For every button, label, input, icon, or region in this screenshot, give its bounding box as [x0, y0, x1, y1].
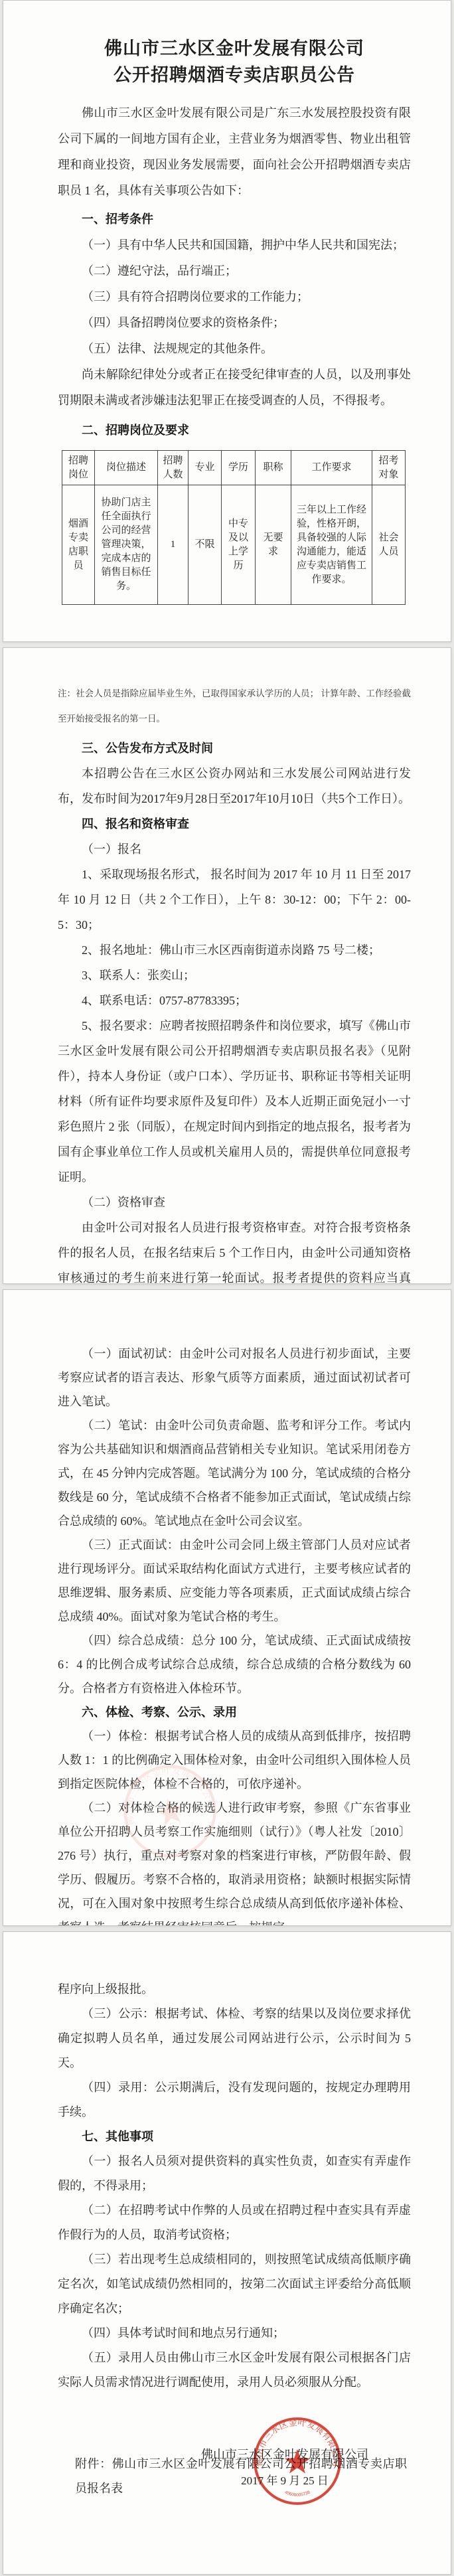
- col-header-major: 专业: [189, 451, 222, 485]
- section1-item: （一）具有中华人民共和国国籍，拥护中华人民共和国宪法；: [58, 232, 411, 258]
- document-page-3: 佛山市三水区金叶发展有限公司 （一）面试初试：由金叶公司对报名人员进行初步面试，…: [3, 1289, 451, 1926]
- section3-heading: 三、公告发布方式及时间: [58, 736, 411, 761]
- document-page-1: 佛山市三水区金叶发展有限公司 公开招聘烟酒专卖店职员公告 佛山市三水区金叶发展有…: [3, 0, 451, 642]
- section5-item: （四）综合总成绩：总分 100 分，笔试成绩、正式面试成绩按 6：4 的比例合成…: [58, 1629, 411, 1700]
- col-header-headcount: 招聘人数: [158, 451, 189, 485]
- section7-item: （五）录用人员由佛山市三水区金叶发展有限公司根据各门店实际人员需求情况进行调配使…: [58, 2346, 411, 2395]
- document-title-line1: 佛山市三水区金叶发展有限公司: [58, 35, 411, 62]
- section6-item3: （三）公示：根据考试、体检、考察的结果以及岗位要求择优确定拟聘人员名单，通过发展…: [58, 2002, 411, 2075]
- section4-sub1: （一）报名: [58, 837, 411, 862]
- section2-heading: 二、招聘岗位及要求: [58, 418, 411, 443]
- section4-item: 4、联系电话：0757-87783395；: [58, 988, 411, 1013]
- section1-heading: 一、招考条件: [58, 206, 411, 232]
- section4-sub2: （二）资格审查: [58, 1190, 411, 1215]
- section6-item4: （四）录用：公示期满后，没有发现问题的，按规定办理聘用手续。: [58, 2075, 411, 2125]
- cell-requirements: 三年以上工作经验，性格开朗，具备较强的人际沟通能力，能适应专卖店销售工作要求。: [291, 485, 372, 605]
- section1-item: （五）法律、法规规定的其他条件。: [58, 336, 411, 362]
- table-header-row: 招聘岗位 岗位描述 招聘人数 专业 学历 职称 工作要求 招考对象: [62, 451, 406, 485]
- svg-text:40600005738: 40600005738: [284, 2490, 311, 2498]
- col-header-position: 招聘岗位: [62, 451, 95, 485]
- section6-item2-part2: 程序向上级报批。: [58, 1977, 411, 2002]
- section4-item: 5、报名要求：应聘者按照招聘条件和岗位要求，填写《佛山市三水区金叶发展有限公司公…: [58, 1013, 411, 1190]
- document-page-2: 注：社会人员是指除应届毕业生外，已取得国家承认学历的人员； 计算年龄、工作经验截…: [3, 647, 451, 1284]
- section7-item: （二）在招聘考试中作弊的人员或在招聘过程中查实具有弄虚作假行为的人员，取消考试资…: [58, 2198, 411, 2247]
- table-row: 烟酒专卖店职员 协助门店主任全面执行公司的经营管理决策，完成本店的销售目标任务。…: [62, 485, 406, 605]
- document-title-line2: 公开招聘烟酒专卖店职员公告: [58, 62, 411, 88]
- section7-item: （三）若出现考生总成绩相同的，则按照笔试成绩高低顺序确定名次，如笔试成绩仍然相同…: [58, 2247, 411, 2321]
- section1-item: （四）具备招聘岗位要求的资格条件；: [58, 310, 411, 336]
- section4-item: 1、采取现场报名形式， 报名时间为 2017 年 10 月 11 日至 2017…: [58, 862, 411, 937]
- cell-major: 不限: [189, 485, 222, 605]
- cell-position: 烟酒专卖店职员: [62, 485, 95, 605]
- cell-description: 协助门店主任全面执行公司的经营管理决策，完成本店的销售目标任务。: [95, 485, 158, 605]
- col-header-requirements: 工作要求: [291, 451, 372, 485]
- section5-item: （三）正式面试：由金叶公司会同上级主管部门人员对应试者进行现场评分。面试采取结构…: [58, 1533, 411, 1629]
- table-footnote: 注：社会人员是指除应届毕业生外，已取得国家承认学历的人员； 计算年龄、工作经验截…: [58, 681, 411, 732]
- job-positions-table: 招聘岗位 岗位描述 招聘人数 专业 学历 职称 工作要求 招考对象 烟酒专卖店职…: [62, 450, 406, 605]
- section5-item: （一）面试初试：由金叶公司对报名人员进行初步面试，主要考察应试者的语言表达、形象…: [58, 1342, 411, 1413]
- cell-education: 中专及以上学历: [222, 485, 256, 605]
- col-header-description: 岗位描述: [95, 451, 158, 485]
- section7-item: （一）报名人员须对提供资料的真实性负责，如查实有弄虚作假的，不得录用；: [58, 2149, 411, 2198]
- cell-headcount: 1: [158, 485, 189, 605]
- cell-target: 社会人员: [372, 485, 406, 605]
- section6-heading: 六、体检、考察、公示、录用: [58, 1700, 411, 1724]
- intro-paragraph: 佛山市三水区金叶发展有限公司是广东三水发展控股投资有限公司下属的一间地方国有企业…: [58, 100, 411, 204]
- section4-item: 3、联系人：张奕山；: [58, 963, 411, 988]
- section7-item: （四）具体考试时间和地点另行通知；: [58, 2321, 411, 2346]
- section5-item: （二）笔试：由金叶公司负责命题、监考和评分工作。考试内容为公共基础知识和烟酒商品…: [58, 1413, 411, 1533]
- section4-heading: 四、报名和资格审查: [58, 811, 411, 837]
- section1-item: （二）遵纪守法，品行端正；: [58, 258, 411, 284]
- col-header-education: 学历: [222, 451, 256, 485]
- section3-body: 本招聘公告在三水区公资办网站和三水发展公司网站进行发布，发布时间为2017年9月…: [58, 761, 411, 811]
- col-header-title: 职称: [256, 451, 291, 485]
- company-seal-bleedthrough: 佛山市三水区金叶发展有限公司: [111, 1752, 229, 1870]
- section1-item: （三）具有符合招聘岗位要求的工作能力；: [58, 284, 411, 310]
- cell-title: 无要求: [256, 485, 291, 605]
- section7-heading: 七、其他事项: [58, 2125, 411, 2149]
- company-seal-stamp: 佛山市三水区金叶发展有限公司 40600005738: [250, 2414, 344, 2508]
- section6-item2-part1: （二）对体检合格的候选人进行政审考察，参照《广东省事业单位公开招聘人员考察工作实…: [58, 1796, 411, 1926]
- section4-item: 2、报名地址：佛山市三水区西南街道赤岗路 75 号二楼；: [58, 937, 411, 963]
- section6-item1: （一）体检：根据考试合格人员的成绩从高到低排序，按招聘人数 1：1 的比例确定入…: [58, 1724, 411, 1796]
- section4-body2: 由金叶公司对报名人员进行报考资格审查。对符合报考资格条件的报名人员，在报名结束后…: [58, 1215, 411, 1284]
- col-header-target: 招考对象: [372, 451, 406, 485]
- section1-restriction-note: 尚未解除纪律处分或者正在接受纪律审查的人员，以及刑事处罚期限未满或者涉嫌违法犯罪…: [58, 362, 411, 414]
- document-page-4: 程序向上级报批。 （三）公示：根据考试、体检、考察的结果以及岗位要求择优确定拟聘…: [3, 1931, 451, 2575]
